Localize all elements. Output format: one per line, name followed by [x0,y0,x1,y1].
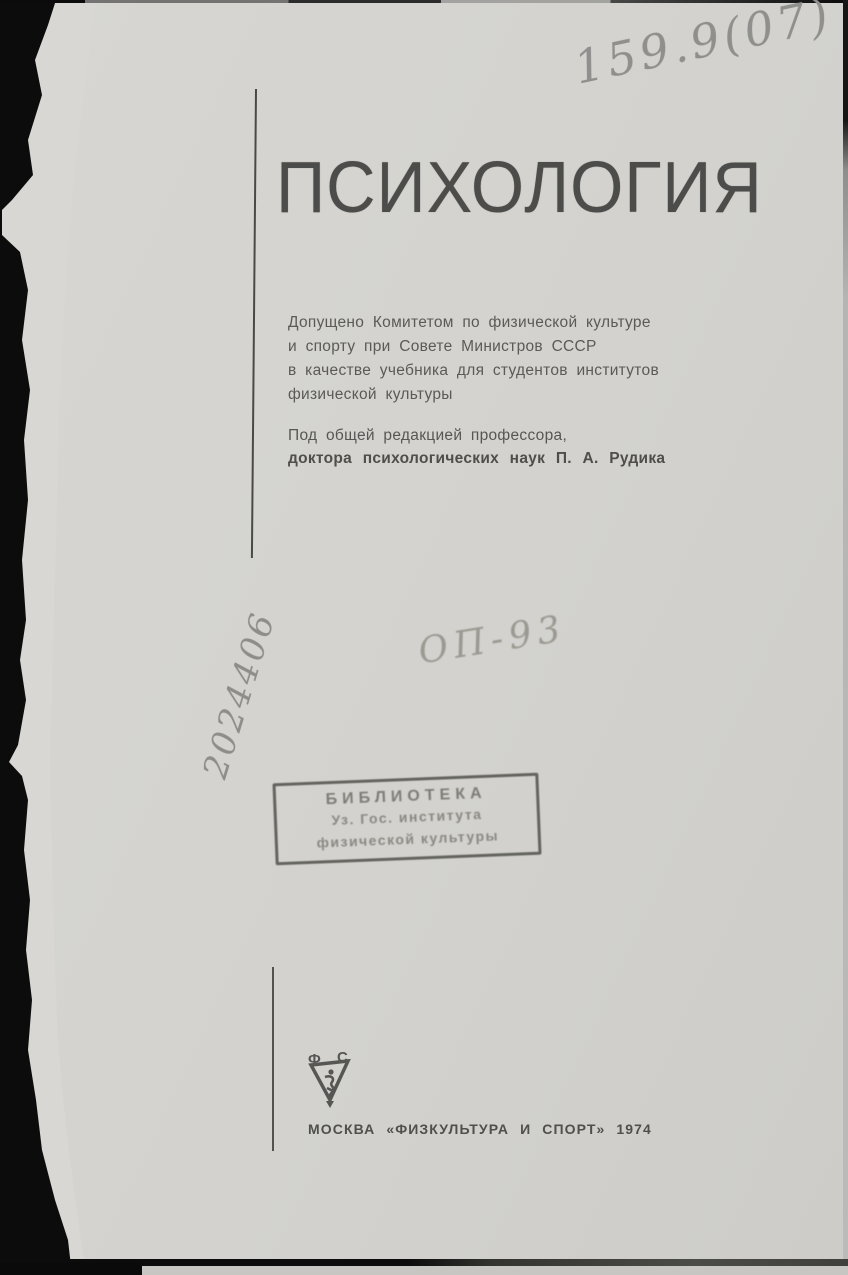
approval-line: физической культуры [288,383,659,407]
vertical-rule-top [251,89,257,558]
imprint-line: МОСКВА «ФИЗКУЛЬТУРА И СПОРТ» 1974 [308,1121,652,1137]
editor-line: Под общей редакцией профессора, [288,424,665,447]
approval-line: и спорту при Совете Министров СССР [288,335,659,359]
right-scan-edge [843,0,848,1275]
editor-line-bold: доктора психологических наук П. А. Рудик… [288,447,665,470]
publisher-fis-logo: Ф С [302,1048,356,1116]
bottom-left-black-corner [0,1262,142,1275]
vertical-rule-bottom [272,967,274,1151]
editor-credit: Под общей редакцией профессора, доктора … [288,424,665,470]
book-title: ПСИХОЛОГИЯ [276,147,763,229]
handwritten-accession-number: 2024406 [195,571,295,784]
scanned-title-page: 159.9(07) ПСИХОЛОГИЯ Допущено Комитетом … [0,0,848,1275]
library-stamp: БИБЛИОТЕКА Уз. Гос. института физической… [272,773,541,866]
handwritten-shelf-code: ОП-93 [416,609,569,673]
approval-note: Допущено Комитетом по физической культур… [288,311,659,407]
handwritten-classification-number: 159.9(07) [569,0,837,95]
approval-line: в качестве учебника для студентов инстит… [288,359,659,383]
top-scan-edge [0,0,848,3]
approval-line: Допущено Комитетом по физической культур… [288,311,659,335]
logo-apex-arrow [326,1101,334,1108]
torn-left-edge [0,0,110,1275]
